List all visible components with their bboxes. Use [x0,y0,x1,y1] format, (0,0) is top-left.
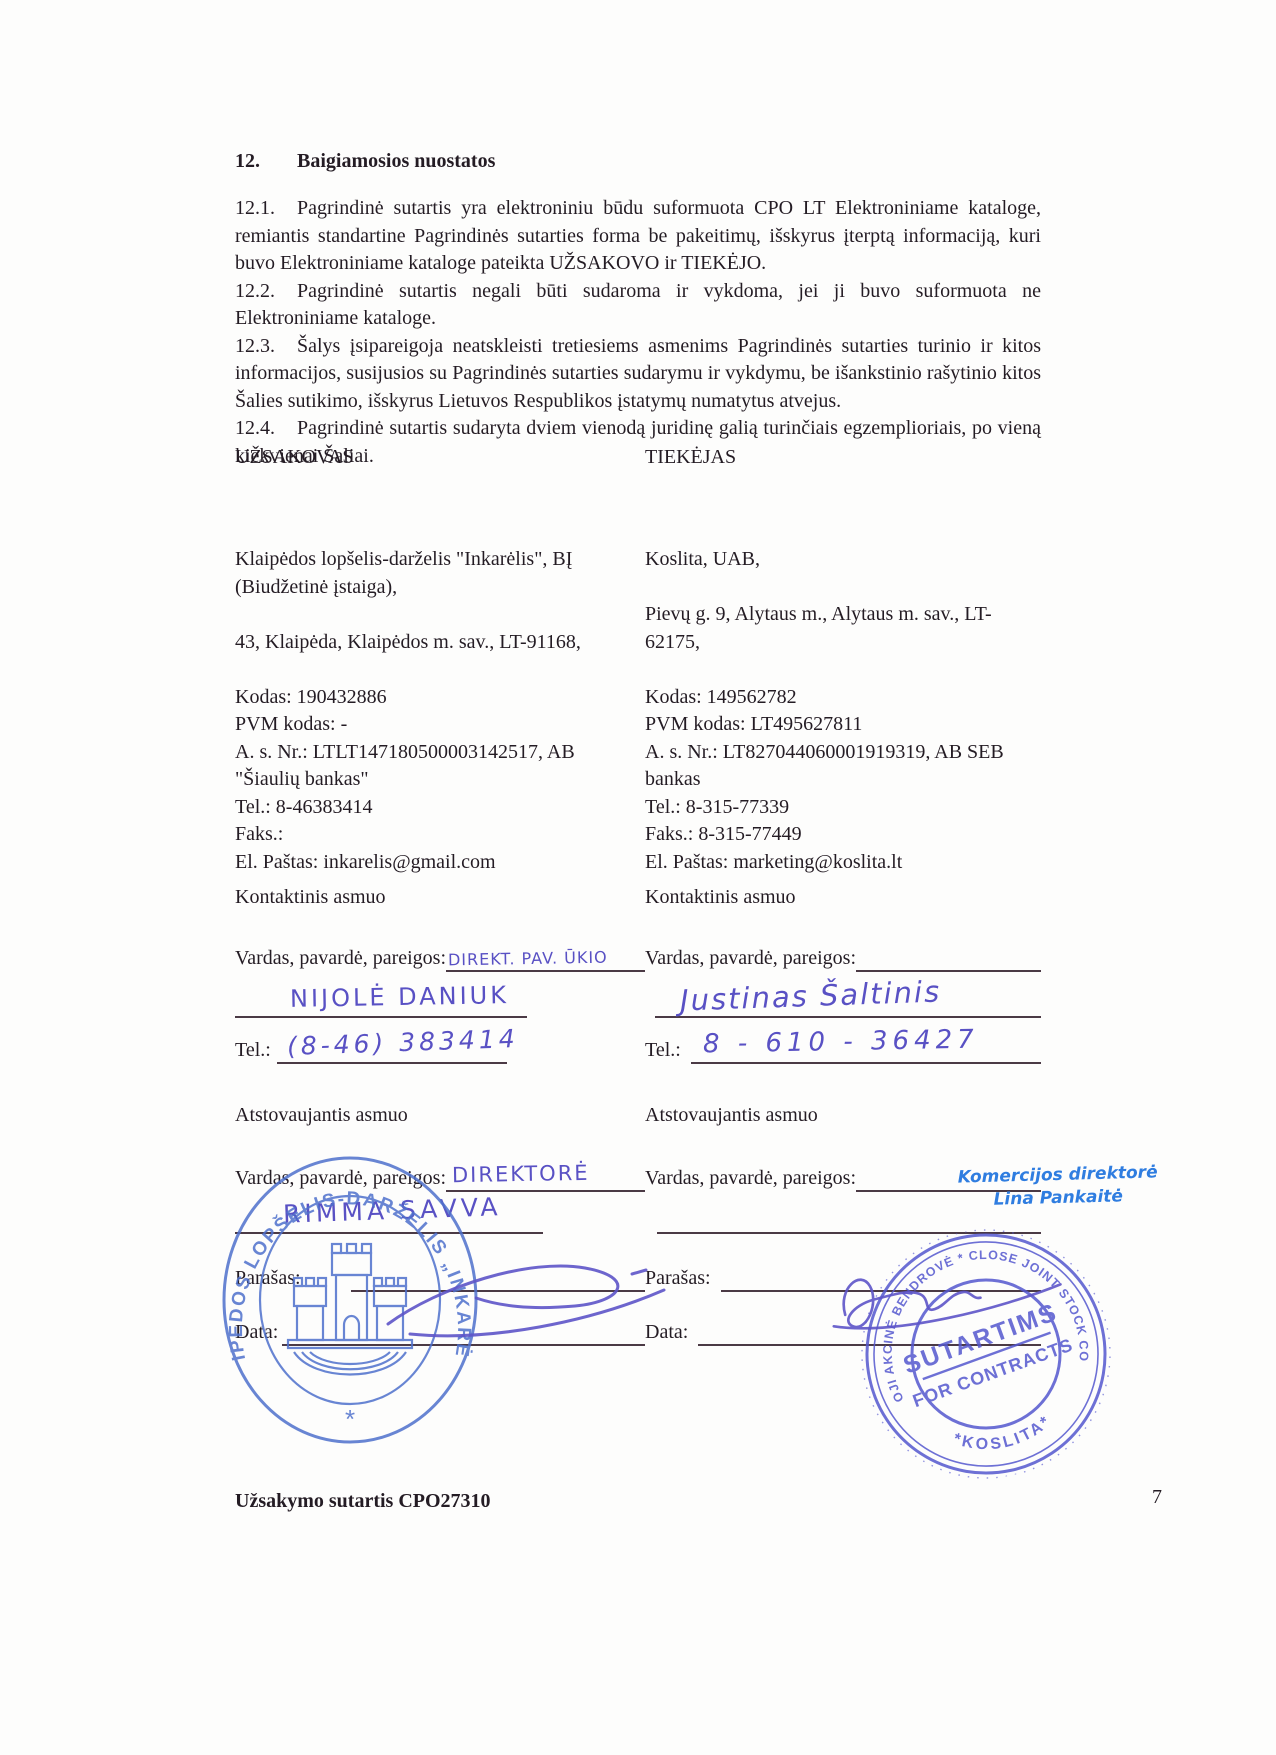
supplier-representative-header: Atstovaujantis asmuo [645,1104,818,1127]
buyer-contact-tel-handwriting: (8-46) 383414 [286,1024,519,1061]
supplier-contact-name-field: Vardas, pavardė, pareigos: [645,938,1041,972]
paragraph-12-3: 12.3.Šalys įsipareigoja neatskleisti tre… [235,333,1041,416]
supplier-detail-line: El. Paštas: marketing@koslita.lt [645,849,1041,877]
paragraph-text: Šalys įsipareigoja neatskleisti tretiesi… [235,335,1041,412]
supplier-detail-line: Koslita, UAB, [645,546,1041,574]
supplier-header: TIEKĖJAS [645,446,736,469]
buyer-rep-name-entry: RIMMA SAVVA [235,1198,645,1234]
supplier-contact-tel-handwriting: 8 - 610 - 36427 [703,1025,979,1060]
buyer-tel-label: Tel.: [235,1037,271,1064]
buyer-date-field: Data: [235,1312,645,1346]
party-headers-row: UŽSAKOVAS TIEKĖJAS [235,446,1041,474]
supplier-contact-tel-field: Tel.: 8 - 610 - 36427 [645,1026,1041,1064]
supplier-contact-name-underline: Justinas Šaltinis [655,976,1041,1018]
buyer-detail-line: (Biudžetinė įstaiga), [235,574,645,602]
supplier-contact-name-line [856,936,1041,972]
supplier-date-line [698,1310,1041,1346]
section-paragraphs: 12.1.Pagrindinė sutartis yra elektronini… [235,195,1041,470]
supplier-date-field: Data: [645,1312,1041,1346]
supplier-role-stamp-line2: Lina Pankaitė [993,1185,1123,1211]
final-provisions-section: 12.Baigiamosios nuostatos 12.1.Pagrindin… [235,148,1041,470]
scanned-contract-page: 12.Baigiamosios nuostatos 12.1.Pagrindin… [0,0,1276,1755]
supplier-detail-line: Kodas: 149562782 [645,684,1041,712]
buyer-detail-line: 43, Klaipėda, Klaipėdos m. sav., LT-9116… [235,629,645,657]
supplier-contact-name-label: Vardas, pavardė, pareigos: [645,945,856,972]
buyer-rep-name-line: DIREKTORĖ [446,1156,645,1192]
supplier-detail-line: Faks.: 8-315-77449 [645,821,1041,849]
supplier-detail-line: Pievų g. 9, Alytaus m., Alytaus m. sav.,… [645,601,1041,629]
parties-section: UŽSAKOVAS TIEKĖJAS Klaipėdos lopšelis-da… [235,446,1041,1346]
buyer-contact-name-label: Vardas, pavardė, pareigos: [235,945,446,972]
stamp-bottom-star: * [345,1404,355,1434]
supplier-rep-name-label: Vardas, pavardė, pareigos: [645,1165,856,1192]
buyer-rep-name-field: Vardas, pavardė, pareigos: DIREKTORĖ [235,1158,645,1192]
supplier-date-label: Data: [645,1319,688,1346]
buyer-contact-tel-field: Tel.: (8-46) 383414 [235,1026,645,1064]
buyer-signature-line [351,1254,645,1292]
buyer-rep-name-label: Vardas, pavardė, pareigos: [235,1165,446,1192]
supplier-details: Koslita, UAB, Pievų g. 9, Alytaus m., Al… [645,546,1041,876]
document-reference: Užsakymo sutartis CPO27310 [235,1490,491,1513]
supplier-signature-field: Parašas: [645,1256,1041,1292]
supplier-detail-line: bankas [645,766,1041,794]
buyer-header: UŽSAKOVAS [235,446,354,469]
supplier-contact-header: Kontaktinis asmuo [645,886,796,909]
page-number: 7 [1152,1486,1162,1509]
supplier-role-name-stamp: Komercijos direktorė Lina Pankaitė [957,1161,1158,1212]
buyer-signature-label: Parašas: [235,1265,301,1292]
buyer-rep-name-underline: RIMMA SAVVA [235,1196,543,1234]
buyer-contact-name-field: Vardas, pavardė, pareigos: DIREKT. PAV. … [235,938,645,972]
supplier-detail-line: A. s. Nr.: LT827044060001919319, AB SEB [645,739,1041,767]
representative-name-handwriting-row: RIMMA SAVVA [235,1198,1041,1234]
section-heading: 12.Baigiamosios nuostatos [235,148,1041,175]
supplier-signature-label: Parašas: [645,1265,711,1292]
buyer-detail-line: PVM kodas: - [235,711,645,739]
buyer-contact-role-handwriting: DIREKT. PAV. ŪKIO [448,948,608,970]
section-title: Baigiamosios nuostatos [297,150,495,172]
buyer-tel-line: (8-46) 383414 [277,1024,507,1064]
supplier-detail-line [645,656,1041,684]
buyer-date-label: Data: [235,1319,278,1346]
buyer-detail-line [235,656,645,684]
paragraph-12-1: 12.1.Pagrindinė sutartis yra elektronini… [235,195,1041,278]
supplier-contact-name-entry: Justinas Šaltinis [645,978,1041,1018]
buyer-rep-name-handwriting: RIMMA SAVVA [283,1192,502,1229]
supplier-role-stamp-line1: Komercijos direktorė [957,1161,1157,1189]
buyer-detail-line: El. Paštas: inkarelis@gmail.com [235,849,645,877]
buyer-contact-name-underline: NIJOLĖ DANIUK [235,976,527,1018]
buyer-detail-line [235,601,645,629]
contact-name-label-row: Vardas, pavardė, pareigos: DIREKT. PAV. … [235,938,1041,972]
paragraph-number: 12.4. [235,415,297,443]
buyer-signature-field: Parašas: [235,1256,645,1292]
supplier-detail-line: Tel.: 8-315-77339 [645,794,1041,822]
representative-row: Atstovaujantis asmuo Atstovaujantis asmu… [235,1104,1041,1132]
buyer-contact-header: Kontaktinis asmuo [235,886,386,909]
buyer-detail-line: Kodas: 190432886 [235,684,645,712]
buyer-detail-line: A. s. Nr.: LTLT147180500003142517, AB [235,739,645,767]
buyer-detail-line: Faks.: [235,821,645,849]
buyer-contact-name-line: DIREKT. PAV. ŪKIO [446,936,645,972]
paragraph-number: 12.3. [235,333,297,361]
paragraph-number: 12.2. [235,278,297,306]
contact-tel-row: Tel.: (8-46) 383414 Tel.: 8 - 610 - 3642… [235,1026,1041,1064]
contact-person-row: Kontaktinis asmuo Kontaktinis asmuo [235,886,1041,914]
buyer-contact-name-handwriting: NIJOLĖ DANIUK [290,981,509,1013]
supplier-detail-line: PVM kodas: LT495627811 [645,711,1041,739]
representative-name-label-row: Vardas, pavardė, pareigos: DIREKTORĖ Var… [235,1158,1041,1192]
supplier-detail-line [645,574,1041,602]
paragraph-number: 12.1. [235,195,297,223]
buyer-detail-line: "Šiaulių bankas" [235,766,645,794]
buyer-date-line [282,1310,645,1346]
paragraph-text: Pagrindinė sutartis negali būti sudaroma… [235,280,1041,330]
supplier-detail-line: 62175, [645,629,1041,657]
supplier-tel-label: Tel.: [645,1037,681,1064]
signature-row: Parašas: Parašas: [235,1256,1041,1292]
buyer-contact-name-entry: NIJOLĖ DANIUK [235,978,645,1018]
supplier-signature-line [721,1254,1041,1292]
date-row: Data: Data: [235,1312,1041,1346]
buyer-detail-line: Klaipėdos lopšelis-darželis "Inkarėlis",… [235,546,645,574]
section-number: 12. [235,148,297,175]
buyer-representative-header: Atstovaujantis asmuo [235,1104,408,1127]
buyer-details: Klaipėdos lopšelis-darželis "Inkarėlis",… [235,546,645,876]
paragraph-12-2: 12.2.Pagrindinė sutartis negali būti sud… [235,278,1041,333]
supplier-contact-name-handwriting: Justinas Šaltinis [679,974,941,1017]
buyer-rep-role-handwriting: DIREKTORĖ [452,1161,590,1187]
contact-name-handwriting-row: NIJOLĖ DANIUK Justinas Šaltinis [235,978,1041,1018]
buyer-detail-line: Tel.: 8-46383414 [235,794,645,822]
supplier-tel-line: 8 - 610 - 36427 [691,1024,1041,1064]
paragraph-text: Pagrindinė sutartis yra elektroniniu būd… [235,197,1041,274]
stamp-bottom-text: *KOSLITA* [948,1410,1059,1462]
party-details-row: Klaipėdos lopšelis-darželis "Inkarėlis",… [235,546,1041,876]
